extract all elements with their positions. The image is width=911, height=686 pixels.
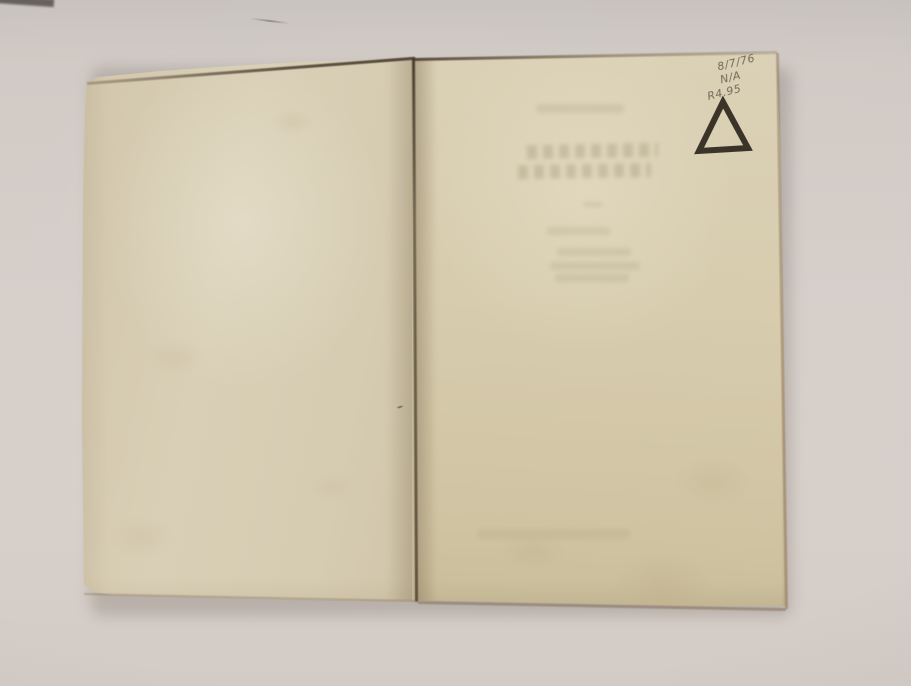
book-left-page xyxy=(82,57,419,603)
book-right-page xyxy=(413,51,789,611)
show-through-title-line-1 xyxy=(527,143,658,159)
background-scratch xyxy=(250,18,290,25)
gutter-shading-right xyxy=(415,59,439,601)
background-edge-artifact xyxy=(0,0,54,7)
show-through-small-line-1 xyxy=(547,227,610,235)
show-through-ornament xyxy=(583,202,603,207)
show-through-small-line-3 xyxy=(550,262,640,270)
gutter-shading-left xyxy=(384,60,412,600)
photo-open-book: 8/7/76 N/A R4.95 xyxy=(0,0,911,686)
show-through-title-line-2 xyxy=(518,163,651,179)
show-through-small-line-2 xyxy=(557,248,631,256)
show-through-author-line xyxy=(536,104,624,113)
show-through-imprint-line xyxy=(478,529,630,539)
show-through-small-line-4 xyxy=(555,274,629,282)
